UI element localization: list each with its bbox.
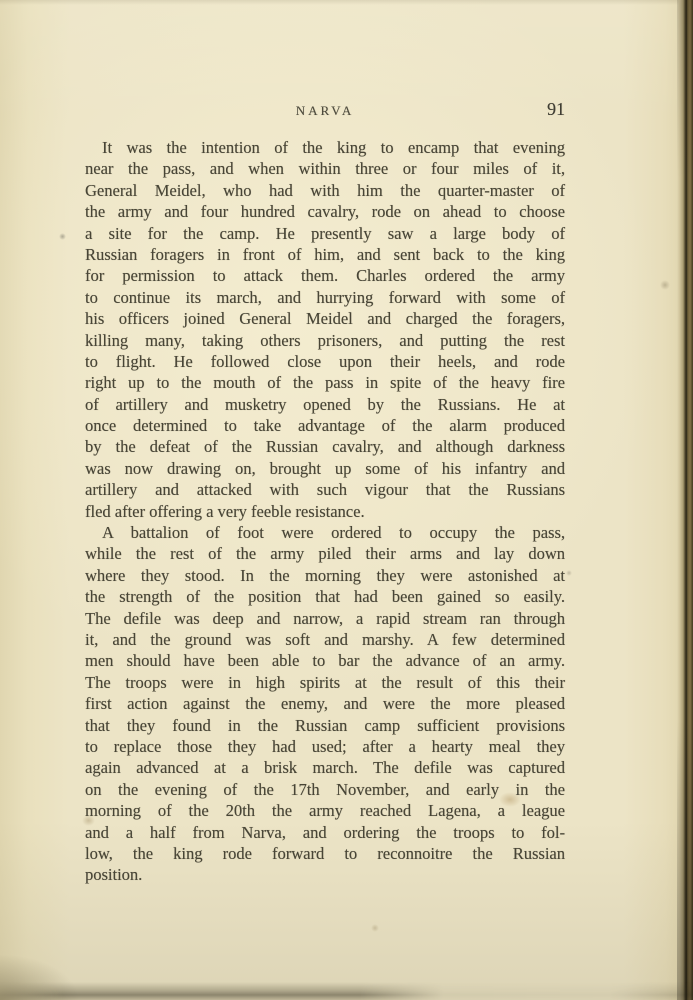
text-line: to flight. He followed close upon their … [85, 351, 565, 372]
book-right-edge [677, 0, 693, 1000]
text-line: A battalion of foot were ordered to occu… [85, 522, 565, 543]
text-line: fled after offering a very feeble resist… [85, 501, 565, 522]
text-line: where they stood. In the morning they we… [85, 565, 565, 586]
text-line: The troops were in high spirits at the r… [85, 672, 565, 693]
text-block: It was the intention of the king to enca… [85, 137, 565, 886]
text-line: by the defeat of the Russian cavalry, an… [85, 436, 565, 457]
text-line: was now drawing on, brought up some of h… [85, 458, 565, 479]
text-line: men should have been able to bar the adv… [85, 650, 565, 671]
page-number: 91 [547, 99, 565, 120]
text-line: it, and the ground was soft and marshy. … [85, 629, 565, 650]
text-line: his officers joined General Meidel and c… [85, 308, 565, 329]
text-line: the army and four hundred cavalry, rode … [85, 201, 565, 222]
running-header: NARVA 91 [85, 99, 565, 121]
text-line: It was the intention of the king to enca… [85, 137, 565, 158]
paper-speck [660, 280, 670, 290]
bottom-left-corner-shadow [0, 954, 80, 1000]
text-line: the strength of the position that had be… [85, 586, 565, 607]
text-line: first action against the enemy, and were… [85, 693, 565, 714]
paper-speck [566, 570, 572, 576]
paper-speck [371, 924, 379, 932]
text-line: artillery and attacked with such vigour … [85, 479, 565, 500]
page-bottom-shadow [0, 982, 693, 1000]
text-line: to continue its march, and hurrying forw… [85, 287, 565, 308]
chapter-running-title: NARVA [85, 103, 565, 119]
text-line: once determined to take advantage of the… [85, 415, 565, 436]
text-line: near the pass, and when within three or … [85, 158, 565, 179]
text-line: position. [85, 864, 565, 885]
text-line: on the evening of the 17th November, and… [85, 779, 565, 800]
paragraph: A battalion of foot were ordered to occu… [85, 522, 565, 886]
text-line: killing many, taking others prisoners, a… [85, 330, 565, 351]
paper-speck [59, 233, 66, 240]
text-line: low, the king rode forward to reconnoitr… [85, 843, 565, 864]
book-page: NARVA 91 It was the intention of the kin… [0, 0, 693, 1000]
text-line: while the rest of the army piled their a… [85, 543, 565, 564]
text-line: right up to the mouth of the pass in spi… [85, 372, 565, 393]
page-top-edge-shading [0, 0, 693, 5]
text-line: for permission to attack them. Charles o… [85, 265, 565, 286]
text-line: a site for the camp. He presently saw a … [85, 223, 565, 244]
text-line: The defile was deep and narrow, a rapid … [85, 608, 565, 629]
text-line: that they found in the Russian camp suff… [85, 715, 565, 736]
text-line: Russian foragers in front of him, and se… [85, 244, 565, 265]
paragraph: It was the intention of the king to enca… [85, 137, 565, 522]
text-line: of artillery and musketry opened by the … [85, 394, 565, 415]
text-line: morning of the 20th the army reached Lag… [85, 800, 565, 821]
text-line: General Meidel, who had with him the qua… [85, 180, 565, 201]
text-line: again advanced at a brisk march. The def… [85, 757, 565, 778]
text-line: to replace those they had used; after a … [85, 736, 565, 757]
text-line: and a half from Narva, and ordering the … [85, 822, 565, 843]
